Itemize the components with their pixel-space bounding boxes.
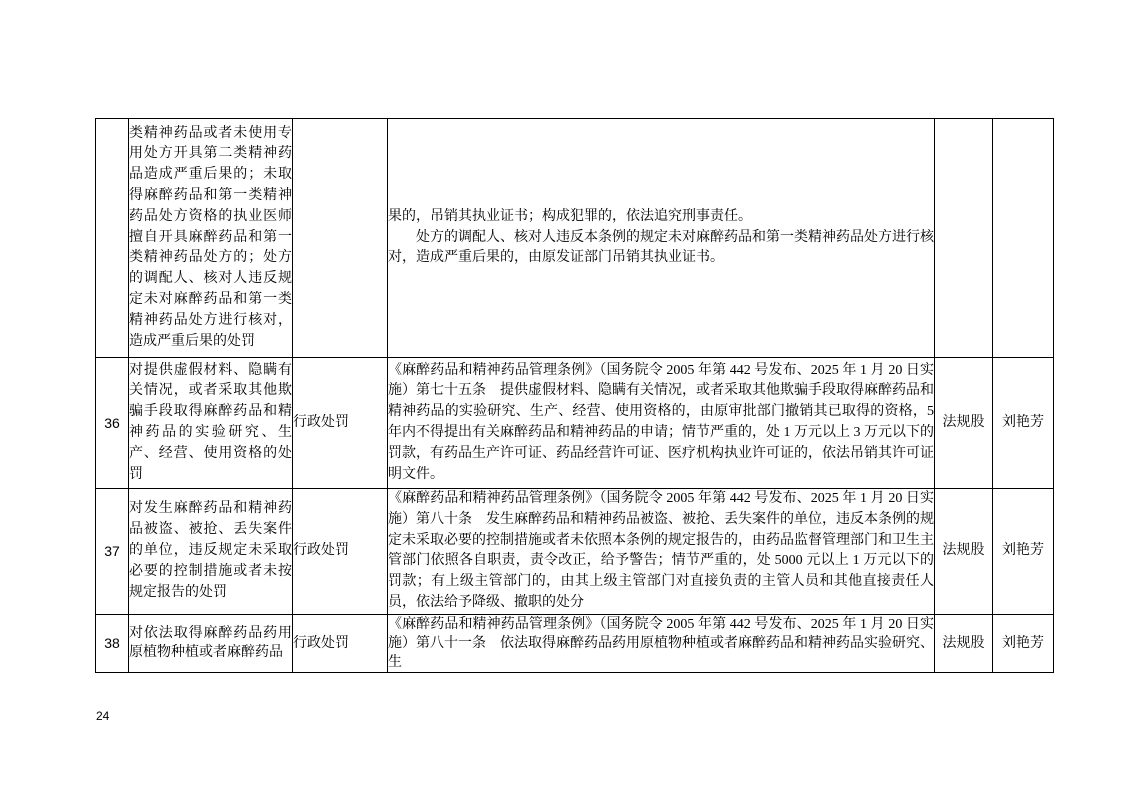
table-row: 37 对发生麻醉药品和精神药品被盗、被抢、丢失案件的单位，违反规定未采取必要的控… [96,489,1054,615]
cell-department: 法规股 [935,614,993,672]
cell-penalty-type: 行政处罚 [293,614,388,672]
cell-penalty-type [293,119,388,358]
cell-legal-basis: 《麻醉药品和精神药品管理条例》（国务院令 2005 年第 442 号发布、202… [388,614,935,672]
cell-item-description: 对依法取得麻醉药品药用原植物种植或者麻醉药品 [129,614,293,672]
cell-department: 法规股 [935,358,993,489]
cell-item-description: 类精神药品或者未使用专用处方开具第二类精神药品造成严重后果的；未取得麻醉药品和第… [129,119,293,358]
cell-legal-basis: 《麻醉药品和精神药品管理条例》（国务院令 2005 年第 442 号发布、202… [388,489,935,615]
cell-seq: 36 [96,358,129,489]
cell-legal-basis: 果的，吊销其执业证书；构成犯罪的，依法追究刑事责任。 处方的调配人、核对人违反本… [388,119,935,358]
basis-paragraph: 《麻醉药品和精神药品管理条例》（国务院令 2005 年第 442 号发布、202… [388,489,934,614]
basis-paragraph: 《麻醉药品和精神药品管理条例》（国务院令 2005 年第 442 号发布、202… [388,361,934,486]
cell-penalty-type: 行政处罚 [293,489,388,615]
cell-responsible-person: 刘艳芳 [993,489,1054,615]
cell-responsible-person: 刘艳芳 [993,614,1054,672]
cell-responsible-person [993,119,1054,358]
cell-item-description: 对发生麻醉药品和精神药品被盗、被抢、丢失案件的单位，违反规定未采取必要的控制措施… [129,489,293,615]
page-number: 24 [96,709,109,723]
table-row: 38 对依法取得麻醉药品药用原植物种植或者麻醉药品 行政处罚 《麻醉药品和精神药… [96,614,1054,672]
basis-paragraph: 处方的调配人、核对人违反本条例的规定未对麻醉药品和第一类精神药品处方进行核对，造… [388,228,934,270]
cell-responsible-person: 刘艳芳 [993,358,1054,489]
table-row: 36 对提供虚假材料、隐瞒有关情况，或者采取其他欺骗手段取得麻醉药品和精神药品的… [96,358,1054,489]
penalty-items-table: 类精神药品或者未使用专用处方开具第二类精神药品造成严重后果的；未取得麻醉药品和第… [95,118,1054,673]
document-page: 类精神药品或者未使用专用处方开具第二类精神药品造成严重后果的；未取得麻醉药品和第… [0,0,1122,793]
cell-department: 法规股 [935,489,993,615]
cell-seq [96,119,129,358]
cell-seq: 37 [96,489,129,615]
table-row: 类精神药品或者未使用专用处方开具第二类精神药品造成严重后果的；未取得麻醉药品和第… [96,119,1054,358]
cell-department [935,119,993,358]
cell-legal-basis: 《麻醉药品和精神药品管理条例》（国务院令 2005 年第 442 号发布、202… [388,358,935,489]
cell-penalty-type: 行政处罚 [293,358,388,489]
cell-seq: 38 [96,614,129,672]
cell-item-description: 对提供虚假材料、隐瞒有关情况，或者采取其他欺骗手段取得麻醉药品和精神药品的实验研… [129,358,293,489]
basis-paragraph: 《麻醉药品和精神药品管理条例》（国务院令 2005 年第 442 号发布、202… [388,615,934,672]
basis-paragraph: 果的，吊销其执业证书；构成犯罪的，依法追究刑事责任。 [388,207,934,228]
